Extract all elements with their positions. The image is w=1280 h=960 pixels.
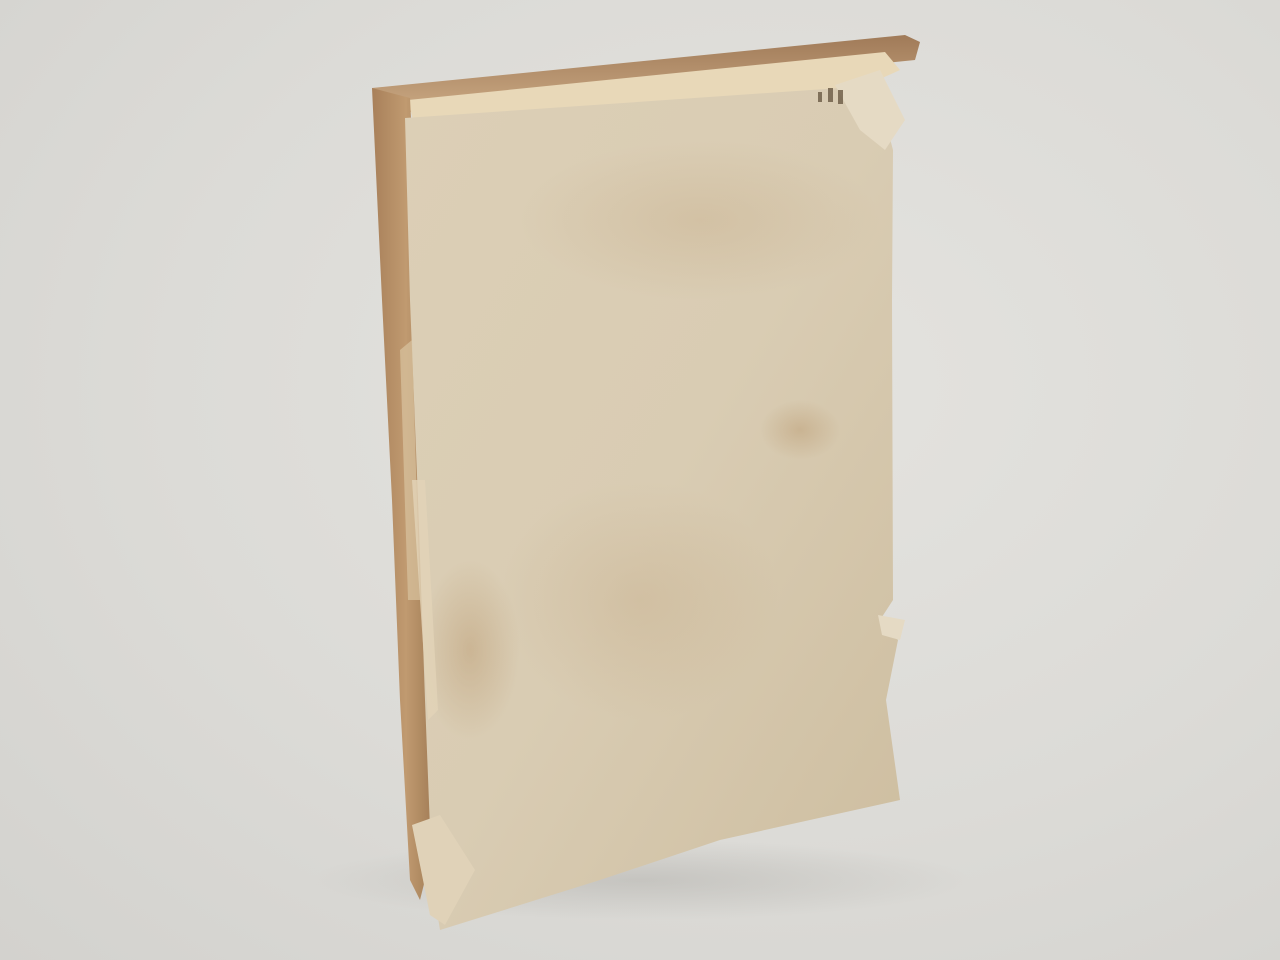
book-photo bbox=[0, 0, 1280, 960]
